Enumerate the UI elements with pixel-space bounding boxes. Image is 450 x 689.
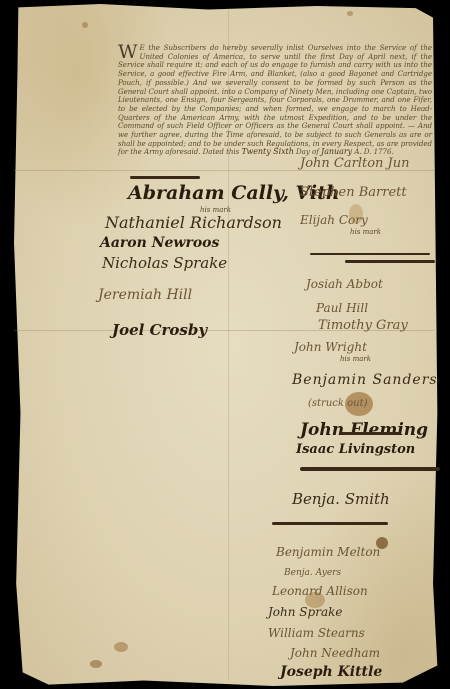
signature: Stephen Barrett: [300, 185, 407, 200]
printed-preamble: WE the Subscribers do hereby severally i…: [118, 44, 432, 157]
signature: Leonard Allison: [272, 584, 368, 598]
signature: Josiah Abbot: [306, 277, 383, 291]
strikethrough: [345, 260, 435, 263]
signature: Isaac Livingston: [296, 442, 415, 457]
signature: Jeremiah Hill: [98, 287, 192, 303]
signature: Elijah Cory: [300, 213, 368, 227]
strikethrough: [310, 253, 430, 255]
ink-stain: [82, 22, 88, 28]
signature: William Stearns: [268, 626, 365, 640]
preamble-text: E the Subscribers do hereby severally in…: [118, 43, 432, 156]
strikethrough: [300, 467, 440, 471]
signature: John Needham: [290, 646, 380, 660]
signature-mark-note: his mark: [340, 355, 371, 363]
signature: Benja. Smith: [292, 490, 390, 508]
drop-cap: W: [118, 44, 137, 61]
date-day: Twenty Sixth: [241, 147, 293, 156]
signature: Benjamin Melton: [276, 545, 380, 559]
strikethrough: [130, 176, 200, 179]
signature: Benjamin Sanders: [292, 372, 438, 388]
signature: John Fleming: [300, 420, 428, 440]
signature: Paul Hill: [316, 301, 368, 315]
ink-stain: [114, 642, 128, 652]
signature: Nathaniel Richardson: [105, 213, 282, 232]
signature: Timothy Gray: [318, 318, 408, 333]
signature: Joel Crosby: [112, 321, 207, 339]
signature: Joseph Kittle: [280, 664, 382, 680]
signature: Nicholas Sprake: [102, 254, 227, 272]
signature-mark-note: his mark: [200, 206, 231, 214]
signature: Aaron Newroos: [100, 235, 219, 251]
strikethrough: [272, 522, 388, 525]
ink-stain: [90, 660, 102, 668]
signature: John Wright: [294, 340, 367, 354]
strikethrough: [340, 432, 400, 435]
signature: John Sprake: [268, 605, 342, 619]
ink-stain: [347, 11, 353, 16]
signature-mark-note: his mark: [350, 228, 381, 236]
signature: Benja. Ayers: [284, 568, 341, 578]
struck-signature: (struck out): [308, 398, 368, 409]
signature: John Carlton Jun: [300, 156, 410, 171]
